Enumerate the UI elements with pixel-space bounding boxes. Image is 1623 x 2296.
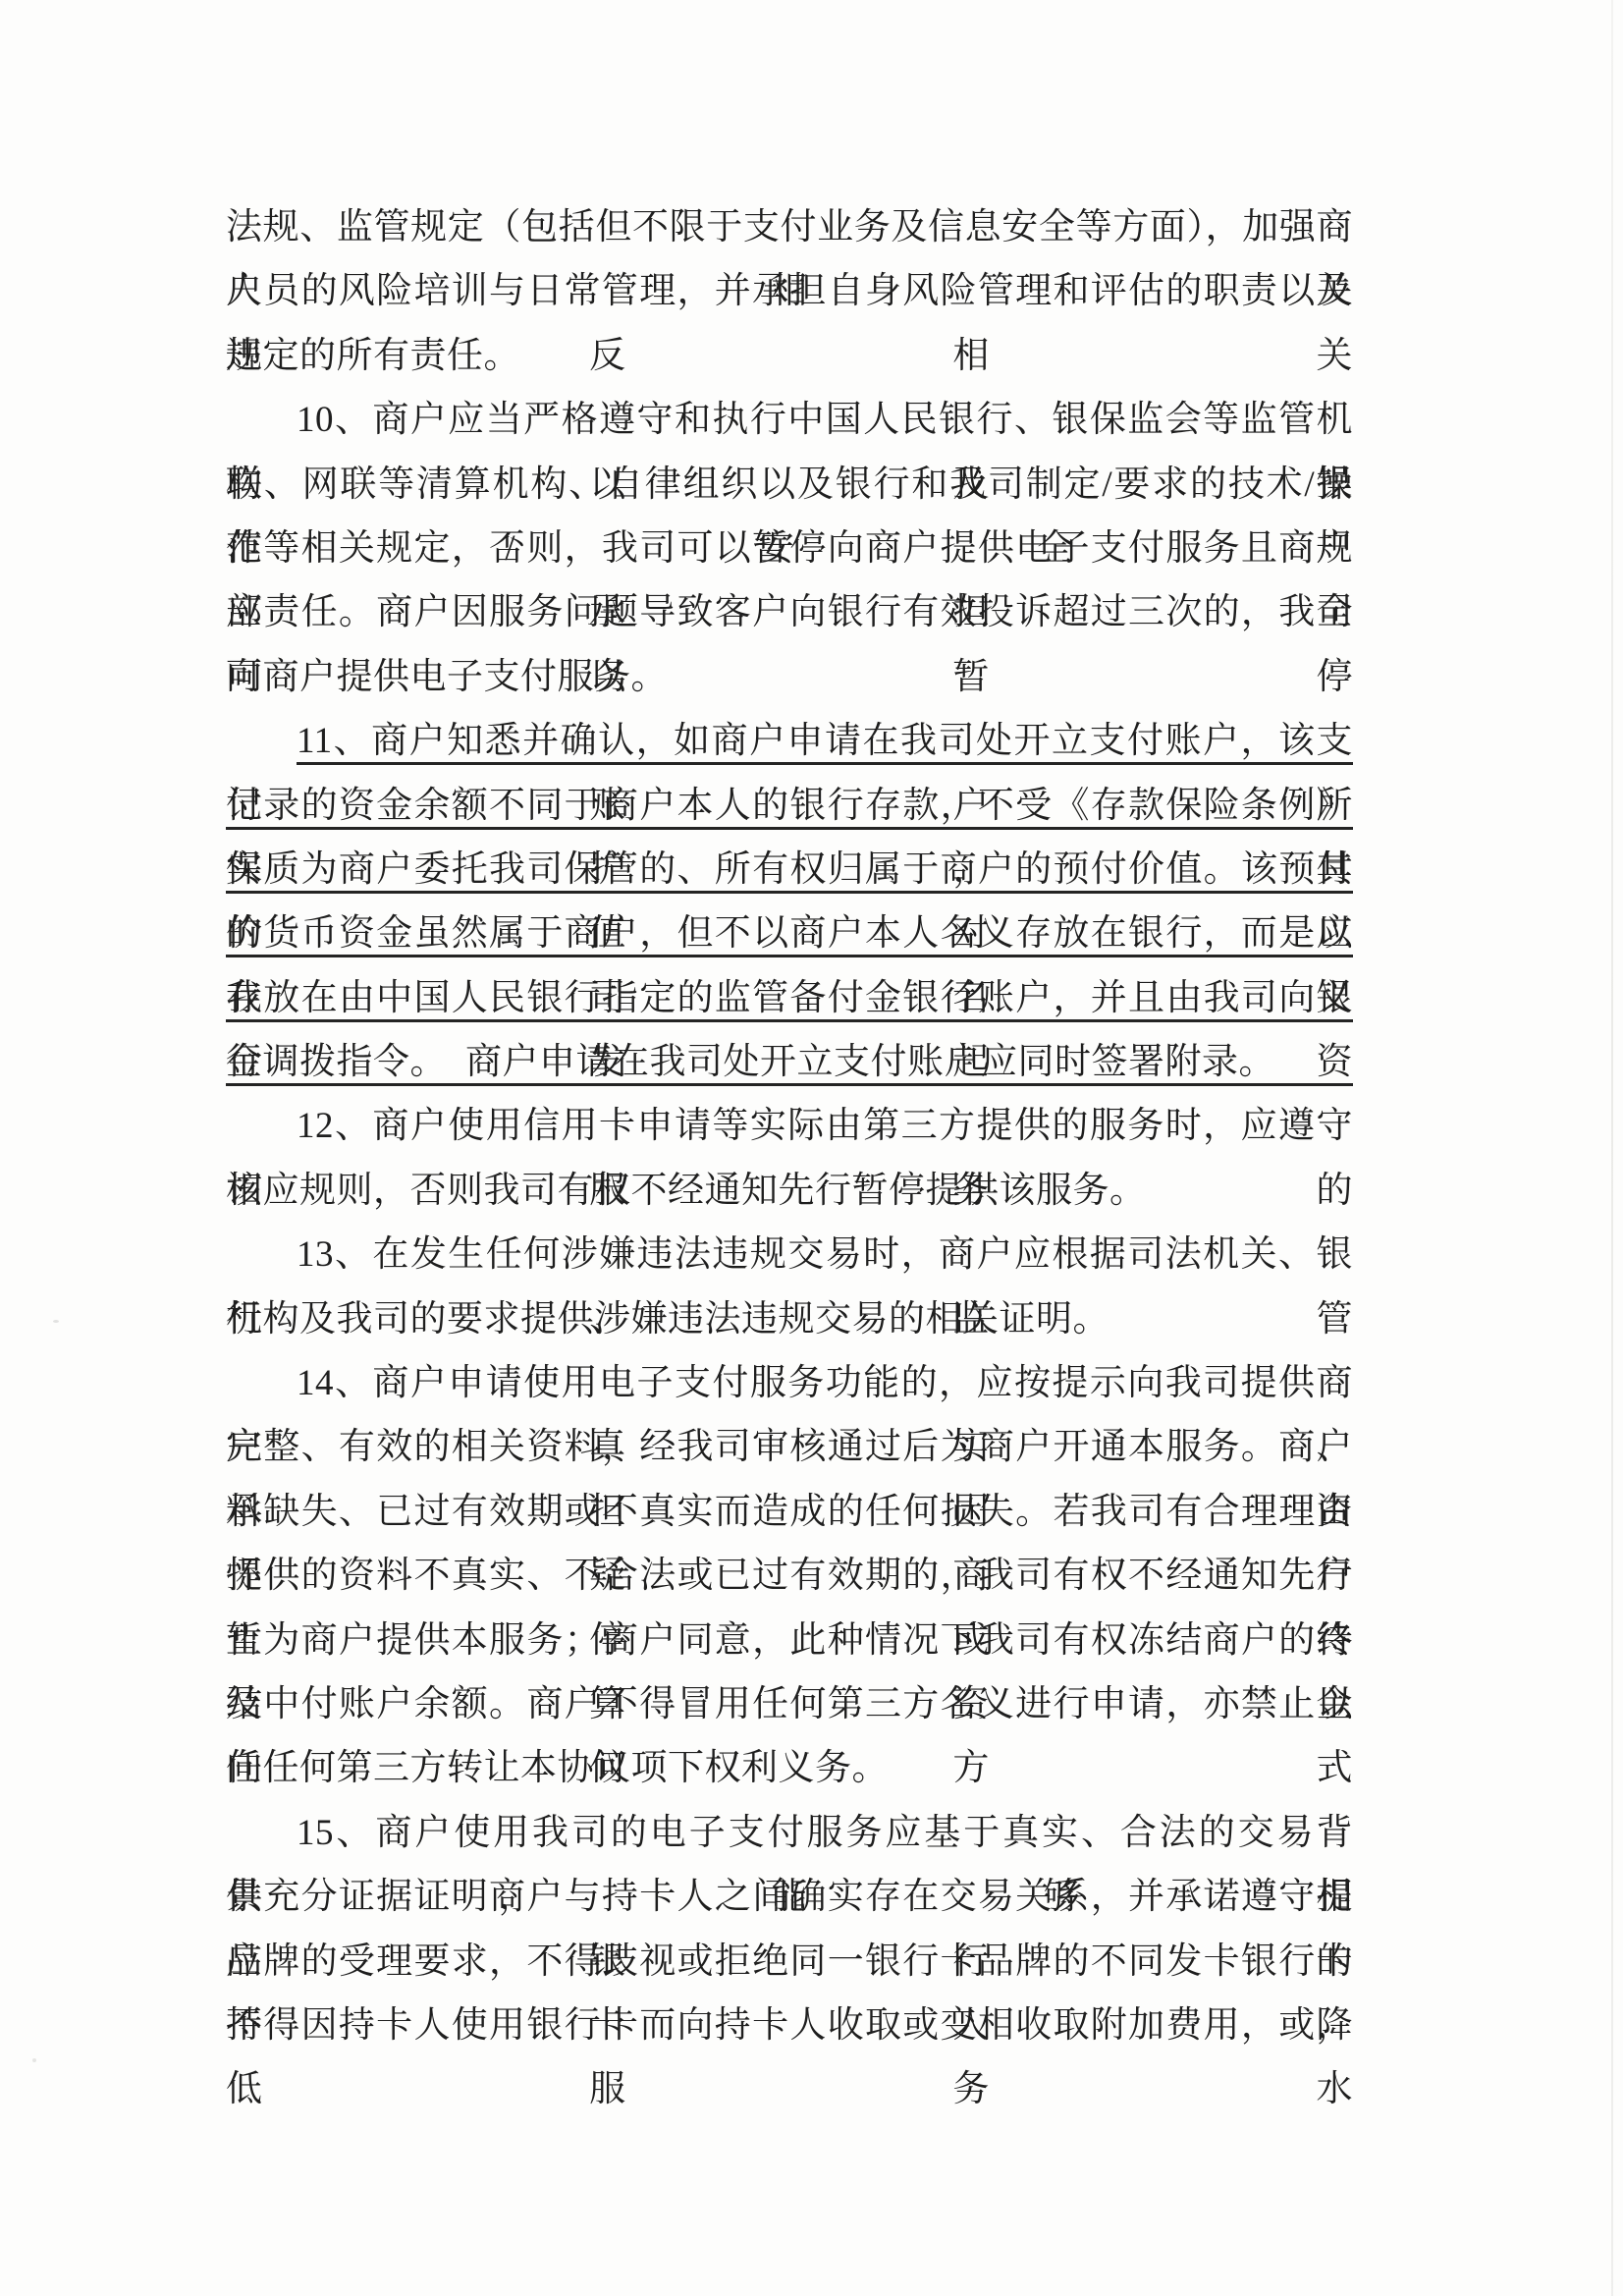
document-line: 联、网联等清算机构、自律组织以及银行和我司制定/要求的技术/操作/安全规 (226, 453, 1353, 517)
document-line-text: 向商户提供电子支付服务。 (226, 657, 668, 697)
document-line: 法规、监管规定（包括但不限于支付业务及信息安全等方面），加强商户相关 (226, 195, 1353, 259)
document-line: 料缺失、已过有效期或不真实而造成的任何损失。若我司有合理理由怀疑商户 (226, 1480, 1353, 1544)
document-line: 及中付账户余额。商户不得冒用任何第三方名义进行申请，亦禁止以任何方式 (226, 1672, 1353, 1736)
document-line: 实质为商户委托我司保管的、所有权归属于商户的预付价值。该预付价值对应 (226, 838, 1353, 902)
document-line: 12、商户使用信用卡申请等实际由第三方提供的服务时，应遵守该服务的 (226, 1094, 1353, 1158)
document-line-text: 向任何第三方转让本协议项下权利义务。 (226, 1748, 889, 1788)
document-line: 记录的资金余额不同于商户本人的银行存款，不受《存款保险条例》保护，其 (226, 774, 1353, 838)
document-line-text: 相应规则，否则我司有权不经通知先行暂停提供该服务。 (226, 1171, 1147, 1211)
document-line: 不得因持卡人使用银行卡而向持卡人收取或变相收取附加费用，或降低服务水 (226, 1994, 1353, 2057)
contract-text-block: 法规、监管规定（包括但不限于支付业务及信息安全等方面），加强商户相关人员的风险培… (226, 195, 1353, 2057)
document-line: 部责任。商户因服务问题导致客户向银行有效投诉超过三次的，我司可以暂停 (226, 580, 1353, 644)
document-line: 13、在发生任何涉嫌违法违规交易时，商户应根据司法机关、银行、监管 (226, 1223, 1353, 1286)
document-line: 供充分证据证明商户与持卡人之间确实存在交易关系，并承诺遵守相应银行卡 (226, 1865, 1353, 1929)
document-line: 范等相关规定，否则，我司可以暂停向商户提供电子支付服务且商户应承担全 (226, 517, 1353, 580)
document-line-text: 不得因持卡人使用银行卡而向持卡人收取或变相收取附加费用，或降低服务水 (226, 2005, 1353, 2109)
document-line: 存放在由中国人民银行指定的监管备付金银行账户，并且由我司向银行发起资 (226, 966, 1353, 1030)
document-line: 的货币资金虽然属于商户，但不以商户本人名义存放在银行，而是以我司名义 (226, 902, 1353, 965)
scan-edge-artifact (1611, 0, 1613, 2296)
document-line: 11、商户知悉并确认，如商户申请在我司处开立支付账户，该支付账户所 (226, 709, 1353, 773)
document-line: 提供的资料不真实、不合法或已过有效期的，我司有权不经通知先行暂停或终 (226, 1544, 1353, 1608)
document-line: 品牌的受理要求，不得歧视或拒绝同一银行卡品牌的不同发卡银行的持卡人， (226, 1930, 1353, 1994)
document-line: 10、商户应当严格遵守和执行中国人民银行、银保监会等监管机构以及银 (226, 388, 1353, 452)
document-line-text: 机构及我司的要求提供涉嫌违法违规交易的相关证明。 (226, 1299, 1109, 1339)
document-line: 15、商户使用我司的电子支付服务应基于真实、合法的交易背景，能够提 (226, 1801, 1353, 1865)
document-line-text: 金调拨指令。 商户申请在我司处开立支付账户应同时签署附录。 (226, 1042, 1275, 1086)
document-line-text: 规定的所有责任。 (226, 336, 520, 376)
scan-speck (53, 1320, 59, 1323)
document-line: 14、商户申请使用电子支付服务功能的，应按提示向我司提供商户真实、 (226, 1351, 1353, 1415)
scan-speck (32, 2058, 36, 2062)
document-line: 止为商户提供本服务；商户同意，此种情况下我司有权冻结商户的待结算资金 (226, 1609, 1353, 1672)
document-page: 法规、监管规定（包括但不限于支付业务及信息安全等方面），加强商户相关人员的风险培… (0, 0, 1623, 2296)
document-line: 人员的风险培训与日常管理，并承担自身风险管理和评估的职责以及违反相关 (226, 259, 1353, 323)
document-line: 完整、有效的相关资料，经我司审核通过后为商户开通本服务。商户承担因资 (226, 1415, 1353, 1479)
document-line: 金调拨指令。 商户申请在我司处开立支付账户应同时签署附录。 (226, 1030, 1353, 1094)
